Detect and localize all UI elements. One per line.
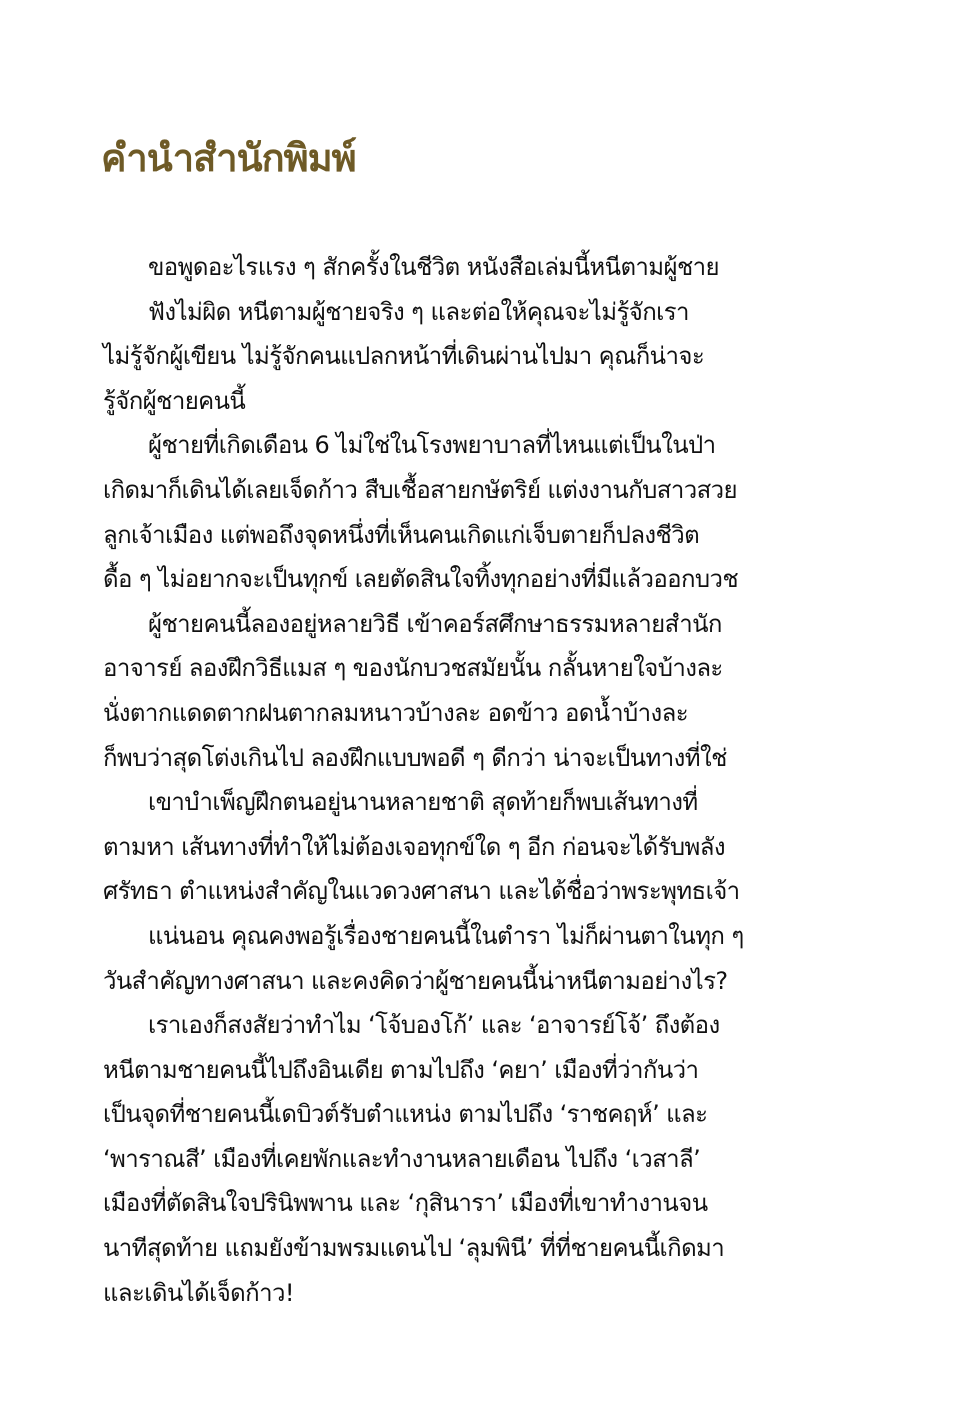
text-line: ก็พบว่าสุดโต่งเกินไป ลองฝึกแบบพอดี ๆ ดีก…	[103, 736, 787, 781]
text-line: รู้จักผู้ชายคนนี้	[103, 379, 787, 424]
text-line: ศรัทธา ตำแหน่งสำคัญในแวดวงศาสนา และได้ชื…	[103, 869, 787, 914]
text-line: เมืองที่ตัดสินใจปรินิพพาน และ ‘กุสินารา’…	[103, 1181, 787, 1226]
text-line: หนีตามชายคนนี้ไปถึงอินเดีย ตามไปถึง ‘คยา…	[103, 1048, 787, 1093]
text-line: ตามหา เส้นทางที่ทำให้ไม่ต้องเจอทุกข์ใด ๆ…	[103, 825, 787, 870]
text-line: ผู้ชายที่เกิดเดือน 6 ไม่ใช่ในโรงพยาบาลที…	[103, 423, 787, 468]
text-line: ‘พาราณสี’ เมืองที่เคยพักและทำงานหลายเดือ…	[103, 1137, 787, 1182]
text-line: ฟังไม่ผิด หนีตามผู้ชายจริง ๆ และต่อให้คุ…	[103, 290, 787, 335]
text-line: เป็นจุดที่ชายคนนี้เดบิวต์รับตำแหน่ง ตามไ…	[103, 1092, 787, 1137]
text-line: และเดินได้เจ็ดก้าว!	[103, 1271, 787, 1316]
text-line: ขอพูดอะไรแรง ๆ สักครั้งในชีวิต หนังสือเล…	[103, 245, 787, 290]
text-line: ดื้อ ๆ ไม่อยากจะเป็นทุกข์ เลยตัดสินใจทิ้…	[103, 557, 787, 602]
text-line: ผู้ชายคนนี้ลองอยู่หลายวิธี เข้าคอร์สศึกษ…	[103, 602, 787, 647]
document-page: คำนำสำนักพิมพ์ ขอพูดอะไรแรง ๆ สักครั้งใน…	[0, 0, 967, 1407]
text-line: นั่งตากแดดตากฝนตากลมหนาวบ้างละ อดข้าว อด…	[103, 691, 787, 736]
text-line: เขาบำเพ็ญฝึกตนอยู่นานหลายชาติ สุดท้ายก็พ…	[103, 780, 787, 825]
text-line: ลูกเจ้าเมือง แต่พอถึงจุดหนึ่งที่เห็นคนเก…	[103, 513, 787, 558]
text-line: วันสำคัญทางศาสนา และคงคิดว่าผู้ชายคนนี้น…	[103, 959, 787, 1004]
text-line: เราเองก็สงสัยว่าทำไม ‘โจ้บองโก้’ และ ‘อา…	[103, 1003, 787, 1048]
text-line: ไม่รู้จักผู้เขียน ไม่รู้จักคนแปลกหน้าที่…	[103, 334, 787, 379]
body-text: ขอพูดอะไรแรง ๆ สักครั้งในชีวิต หนังสือเล…	[103, 245, 787, 1315]
text-line: แน่นอน คุณคงพอรู้เรื่องชายคนนี้ในตำรา ไม…	[103, 914, 787, 959]
text-line: อาจารย์ ลองฝึกวิธีแมส ๆ ของนักบวชสมัยนั้…	[103, 646, 787, 691]
page-title: คำนำสำนักพิมพ์	[101, 128, 356, 188]
text-line: เกิดมาก็เดินได้เลยเจ็ดก้าว สืบเชื้อสายกษ…	[103, 468, 787, 513]
text-line: นาทีสุดท้าย แถมยังข้ามพรมแดนไป ‘ลุมพินี’…	[103, 1226, 787, 1271]
